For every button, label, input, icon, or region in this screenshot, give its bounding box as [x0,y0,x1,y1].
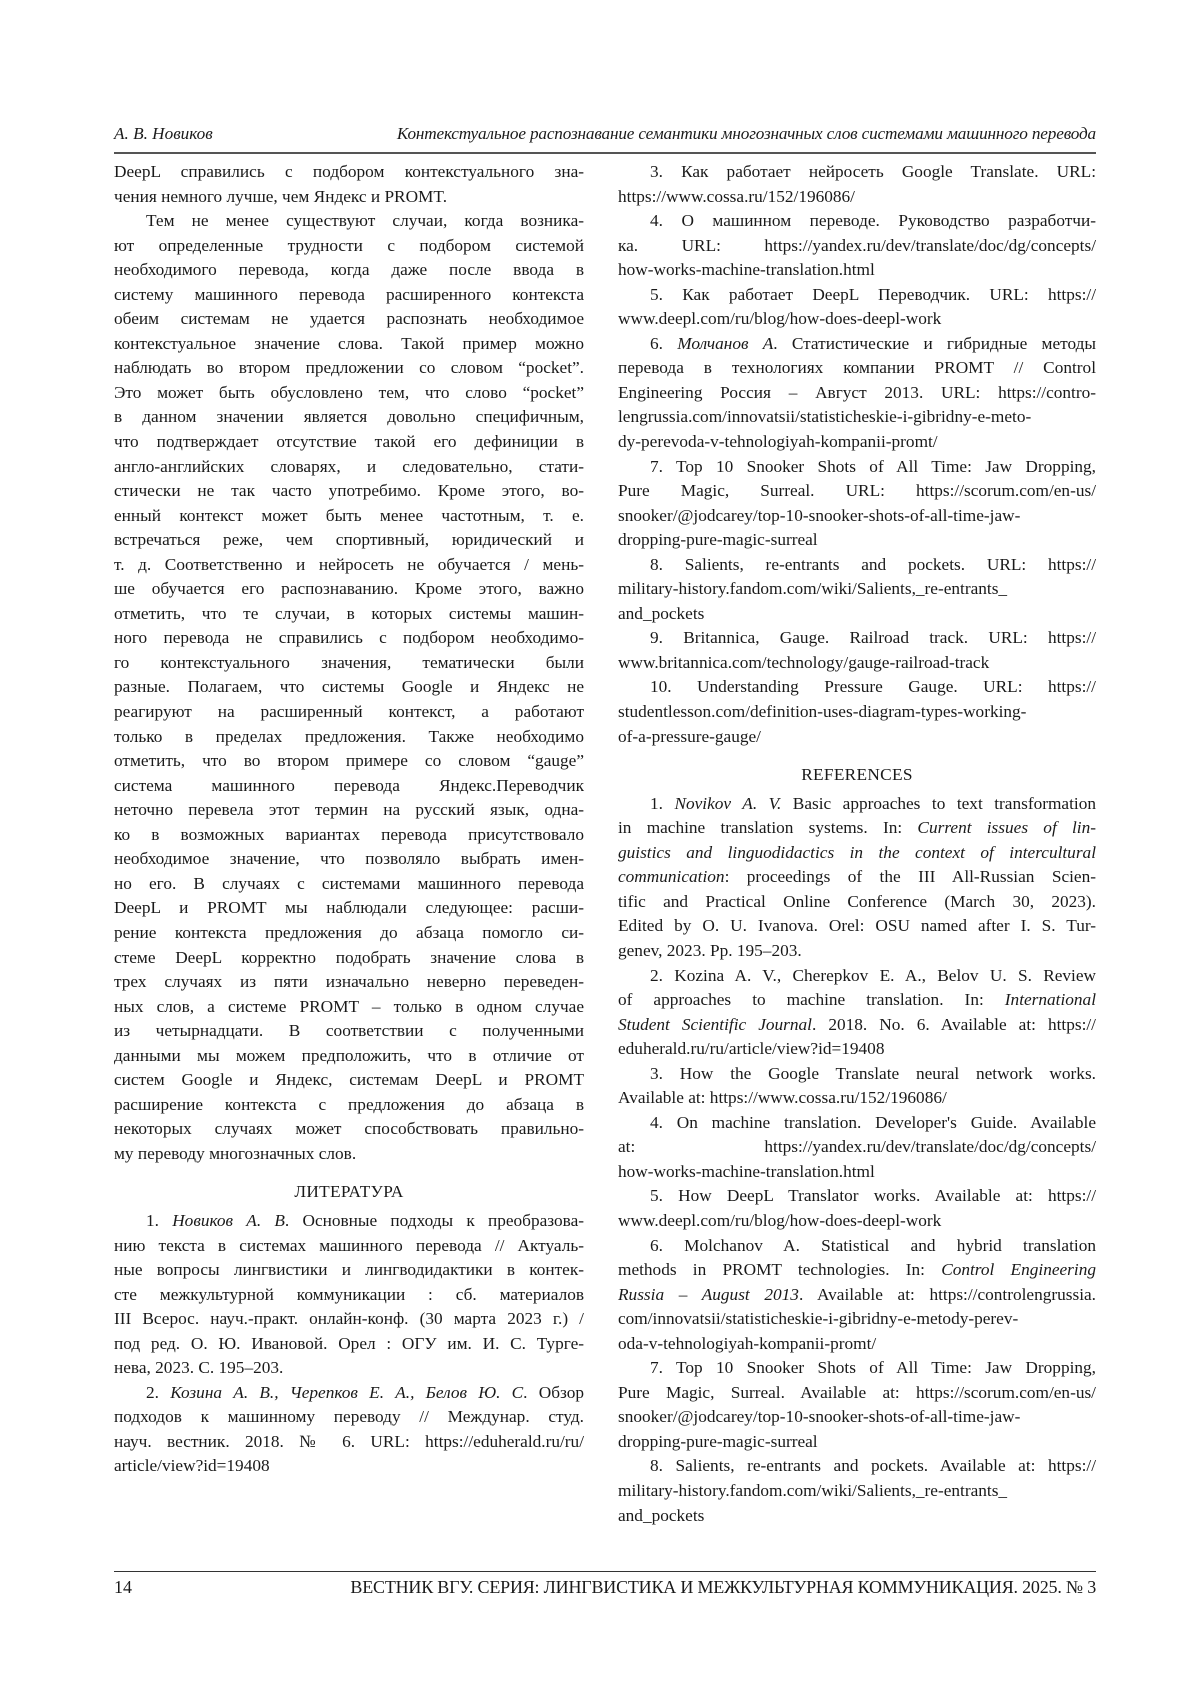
text-line: систему машинного перевода расширенного … [114,283,584,308]
ref-title: communication [618,867,725,886]
text-line: нию текста в системах машинного перевода… [114,1234,584,1259]
ref-text: in machine translation systems. In: [618,818,917,837]
text-line: подходов к машинному переводу // Междуна… [114,1405,584,1430]
text-line: Это может быть обусловлено тем, что слов… [114,381,584,406]
text-line: разные. Полагаем, что системы Google и Я… [114,675,584,700]
text-line: го контекстуального значения, тематическ… [114,651,584,676]
literature-heading: ЛИТЕРАТУРА [114,1180,584,1205]
text-line: ного перевода не справились с подбором н… [114,626,584,651]
text-line: науч. вестник. 2018. № 6. URL: https://e… [114,1430,584,1455]
text-line: Engineering Россия – Август 2013. URL: h… [618,381,1096,406]
text-line: стеме DeepL корректно подобрать значение… [114,946,584,971]
text-line: 3. How the Google Translate neural netwo… [618,1062,1096,1087]
text-line: 8. Salients, re-entrants and pockets. UR… [618,553,1096,578]
text-line: но его. В случаях с системами машинного … [114,872,584,897]
text-line: из четырнадцати. В соответствии с получе… [114,1019,584,1044]
ref-author: Novikov A. V. [674,794,781,813]
ref-link[interactable]: ка. URL: https://yandex.ru/dev/translate… [618,234,1096,259]
literature-item-5: 5. Как работает DeepL Переводчик. URL: h… [618,283,1096,332]
ref-text: of approaches to machine translation. In… [618,990,1005,1009]
text-line: Student Scientific Journal. 2018. No. 6.… [618,1013,1096,1038]
text-line: англо-английских словарях, и следователь… [114,455,584,480]
text-line: Тем не менее существуют случаи, когда во… [114,209,584,234]
text-line: 2. Kozina A. V., Cherepkov E. A., Belov … [618,964,1096,989]
text-line: Pure Magic, Surreal. URL: https://scorum… [618,479,1096,504]
ref-text: Basic approaches to text transformation [781,794,1096,813]
reference-item-4: 4. On machine translation. Developer's G… [618,1111,1096,1185]
ref-link[interactable]: eduherald.ru/ru/article/view?id=19408 [618,1037,1096,1062]
text-line: genev, 2023. Pp. 195–203. [618,939,1096,964]
ref-title: Current issues of lin- [917,818,1096,837]
text-line: III Всерос. науч.-практ. онлайн-конф. (3… [114,1307,584,1332]
text-line: обеим системам не удается распознать нео… [114,307,584,332]
ref-link[interactable]: of-a-pressure-gauge/ [618,725,1096,750]
text-line: наблюдать во втором предложении со слово… [114,356,584,381]
ref-link[interactable]: Available at: https://www.cossa.ru/152/1… [618,1086,1096,1111]
ref-link[interactable]: lengrussia.com/innovatsii/statisticheski… [618,405,1096,430]
text-line: необходимое значение, что позволяло выбр… [114,847,584,872]
text-line: чения немного лучше, чем Яндекс и PROMT. [114,185,584,210]
literature-item-8: 8. Salients, re-entrants and pockets. UR… [618,553,1096,627]
footer-rule [114,1571,1096,1572]
reference-item-3: 3. How the Google Translate neural netwo… [618,1062,1096,1111]
literature-item-2: 2. Козина А. В., Черепков Е. А., Белов Ю… [114,1381,584,1479]
text-line: расширение контекста с предложения до аб… [114,1093,584,1118]
text-line: of approaches to machine translation. In… [618,988,1096,1013]
reference-item-8: 8. Salients, re-entrants and pockets. Av… [618,1454,1096,1528]
ref-title: International [1005,990,1096,1009]
literature-item-1: 1. Новиков А. В. Основные подходы к прео… [114,1209,584,1381]
body-paragraph-2: Тем не менее существуют случаи, когда во… [114,209,584,1166]
ref-text: methods in PROMT technologies. In: [618,1260,941,1279]
literature-item-10: 10. Understanding Pressure Gauge. URL: h… [618,675,1096,749]
left-column: DeepL справились с подбором контекстуаль… [114,160,584,1479]
ref-title: guistics and linguodidactics in the cont… [618,843,1096,862]
ref-link[interactable]: article/view?id=19408 [114,1454,584,1479]
text-line: ных слов, а системе PROMT – только в одн… [114,995,584,1020]
right-column: 3. Как работает нейросеть Google Transla… [618,160,1096,1528]
ref-link[interactable]: www.deepl.com/ru/blog/how-does-deepl-wor… [618,1209,1096,1234]
literature-item-4: 4. О машинном переводе. Руководство разр… [618,209,1096,283]
header-author: А. В. Новиков [114,124,213,144]
header-rule [114,152,1096,154]
ref-text: . Статистические и гибридные методы [773,334,1096,353]
ref-link[interactable]: https://www.cossa.ru/152/196086/ [618,185,1096,210]
text-line: Pure Magic, Surreal. Available at: https… [618,1381,1096,1406]
ref-text: . 2018. No. 6. Available at: https:// [812,1015,1096,1034]
text-line: необходимого перевода, когда даже после … [114,258,584,283]
running-footer: 14 ВЕСТНИК ВГУ. СЕРИЯ: ЛИНГВИСТИКА И МЕЖ… [114,1577,1096,1607]
reference-item-7: 7. Top 10 Snooker Shots of All Time: Jaw… [618,1356,1096,1454]
text-line: ко в возможных вариантах перевода присут… [114,823,584,848]
ref-link[interactable]: how-works-machine-translation.html [618,258,1096,283]
reference-item-5: 5. How DeepL Translator works. Available… [618,1184,1096,1233]
text-line: сте межкультурной коммуникации : сб. мат… [114,1283,584,1308]
text-line: 2. Козина А. В., Черепков Е. А., Белов Ю… [114,1381,584,1406]
text-line: 7. Top 10 Snooker Shots of All Time: Jaw… [618,455,1096,480]
text-line: communication: proceedings of the III Al… [618,865,1096,890]
ref-number: 2. [146,1383,159,1402]
text-line: перевода в технологиях компании PROMT //… [618,356,1096,381]
text-line: под ред. О. Ю. Ивановой. Орел : ОГУ им. … [114,1332,584,1357]
text-line: tific and Practical Online Conference (M… [618,890,1096,915]
ref-link[interactable]: studentlesson.com/definition-uses-diagra… [618,700,1096,725]
ref-text: . Основные подходы к преобразова- [285,1211,584,1230]
text-line: трех случаях из пяти изначально неверно … [114,970,584,995]
text-line: in machine translation systems. In: Curr… [618,816,1096,841]
ref-number: 1. [146,1211,159,1230]
text-line: Russia – August 2013. Available at: http… [618,1283,1096,1308]
ref-link[interactable]: at: https://yandex.ru/dev/translate/doc/… [618,1135,1096,1160]
text-line: DeepL и PROMT мы наблюдали следующее: ра… [114,896,584,921]
header-article-title: Контекстуальное распознавание семантики … [397,124,1096,144]
ref-link[interactable]: and_pockets [618,1504,1096,1529]
ref-link[interactable]: www.deepl.com/ru/blog/how-does-deepl-wor… [618,307,1096,332]
text-line: некоторых случаях может способствовать п… [114,1117,584,1142]
references-heading: REFERENCES [618,763,1096,788]
ref-number: 1. [650,794,663,813]
text-line: отметить, что те случаи, в которых систе… [114,602,584,627]
text-line: DeepL справились с подбором контекстуаль… [114,160,584,185]
ref-author: Козина А. В., Черепков Е. А., Белов Ю. С [170,1383,523,1402]
ref-link[interactable]: oda-v-tehnologiyah-kompanii-promt/ [618,1332,1096,1357]
ref-link[interactable]: dropping-pure-magic-surreal [618,528,1096,553]
text-line: ют определенные трудности с подбором сис… [114,234,584,259]
text-line: 6. Молчанов А. Статистические и гибридны… [618,332,1096,357]
text-line: рение контекста предложения до абзаца по… [114,921,584,946]
text-line: 10. Understanding Pressure Gauge. URL: h… [618,675,1096,700]
text-line: только в пределах предложения. Также нео… [114,725,584,750]
text-line: 3. Как работает нейросеть Google Transla… [618,160,1096,185]
ref-text: : proceedings of the III All-Russian Sci… [725,867,1096,886]
text-line: 4. On machine translation. Developer's G… [618,1111,1096,1136]
reference-item-2: 2. Kozina A. V., Cherepkov E. A., Belov … [618,964,1096,1062]
reference-item-6: 6. Molchanov A. Statistical and hybrid t… [618,1234,1096,1357]
ref-title: Control Engineering [941,1260,1096,1279]
ref-author: Новиков А. В [172,1211,285,1230]
text-line: 5. How DeepL Translator works. Available… [618,1184,1096,1209]
text-line: 8. Salients, re-entrants and pockets. Av… [618,1454,1096,1479]
ref-link[interactable]: snooker/@jodcarey/top-10-snooker-shots-o… [618,504,1096,529]
journal-title: ВЕСТНИК ВГУ. СЕРИЯ: ЛИНГВИСТИКА И МЕЖКУЛ… [350,1577,1096,1598]
ref-link[interactable]: military-history.fandom.com/wiki/Salient… [618,1479,1096,1504]
text-line: ные вопросы лингвистики и лингводидактик… [114,1258,584,1283]
ref-title: Student Scientific Journal [618,1015,812,1034]
text-line: 7. Top 10 Snooker Shots of All Time: Jaw… [618,1356,1096,1381]
literature-item-7: 7. Top 10 Snooker Shots of All Time: Jaw… [618,455,1096,553]
text-line: данными мы можем предположить, что в отл… [114,1044,584,1069]
text-line: реагируют на расширенный контекст, а раб… [114,700,584,725]
running-header: А. В. Новиков Контекстуальное распознава… [114,124,1096,150]
text-line: что подтверждает отсутствие такой его де… [114,430,584,455]
ref-link[interactable]: dy-perevoda-v-tehnologiyah-kompanii-prom… [618,430,1096,455]
ref-link[interactable]: snooker/@jodcarey/top-10-snooker-shots-o… [618,1405,1096,1430]
text-line: отметить, что во втором примере со слово… [114,749,584,774]
ref-link[interactable]: com/innovatsii/statisticheskie-i-gibridn… [618,1307,1096,1332]
literature-item-3: 3. Как работает нейросеть Google Transla… [618,160,1096,209]
text-line: 4. О машинном переводе. Руководство разр… [618,209,1096,234]
literature-item-6: 6. Молчанов А. Статистические и гибридны… [618,332,1096,455]
text-line: ше обучается его распознаванию. Кроме эт… [114,577,584,602]
text-line: стически не так часто употребимо. Кроме … [114,479,584,504]
ref-link[interactable]: dropping-pure-magic-surreal [618,1430,1096,1455]
ref-text: . Available at: https://controlengrussia… [799,1285,1096,1304]
text-line: встречаться реже, чем спортивный, юридич… [114,528,584,553]
ref-link[interactable]: military-history.fandom.com/wiki/Salient… [618,577,1096,602]
ref-link[interactable]: www.britannica.com/technology/gauge-rail… [618,651,1096,676]
literature-item-9: 9. Britannica, Gauge. Railroad track. UR… [618,626,1096,675]
text-line: в данном значении является довольно спец… [114,405,584,430]
text-line: 1. Novikov A. V. Basic approaches to tex… [618,792,1096,817]
reference-item-1: 1. Novikov A. V. Basic approaches to tex… [618,792,1096,964]
page-number: 14 [114,1577,132,1598]
ref-text: . Обзор [523,1383,584,1402]
ref-link[interactable]: how-works-machine-translation.html [618,1160,1096,1185]
text-line: 5. Как работает DeepL Переводчик. URL: h… [618,283,1096,308]
text-line: 9. Britannica, Gauge. Railroad track. UR… [618,626,1096,651]
text-line: неточно перевела этот термин на русский … [114,798,584,823]
text-line: му переводу многозначных слов. [114,1142,584,1167]
body-paragraph-1: DeepL справились с подбором контекстуаль… [114,160,584,209]
ref-title: Russia – August 2013 [618,1285,799,1304]
text-line: система машинного перевода Яндекс.Перево… [114,774,584,799]
ref-link[interactable]: and_pockets [618,602,1096,627]
text-line: 6. Molchanov A. Statistical and hybrid t… [618,1234,1096,1259]
ref-number: 6. [650,334,663,353]
text-line: methods in PROMT technologies. In: Contr… [618,1258,1096,1283]
text-line: Edited by O. U. Ivanova. Orel: OSU named… [618,914,1096,939]
text-line: guistics and linguodidactics in the cont… [618,841,1096,866]
text-line: т. д. Соответственно и нейросеть не обуч… [114,553,584,578]
text-line: нева, 2023. С. 195–203. [114,1356,584,1381]
text-line: 1. Новиков А. В. Основные подходы к прео… [114,1209,584,1234]
ref-author: Молчанов А [677,334,773,353]
text-line: енный контекст может быть менее частотны… [114,504,584,529]
text-line: контекстуальное значение слова. Такой пр… [114,332,584,357]
text-line: систем Google и Яндекс, системам DeepL и… [114,1068,584,1093]
